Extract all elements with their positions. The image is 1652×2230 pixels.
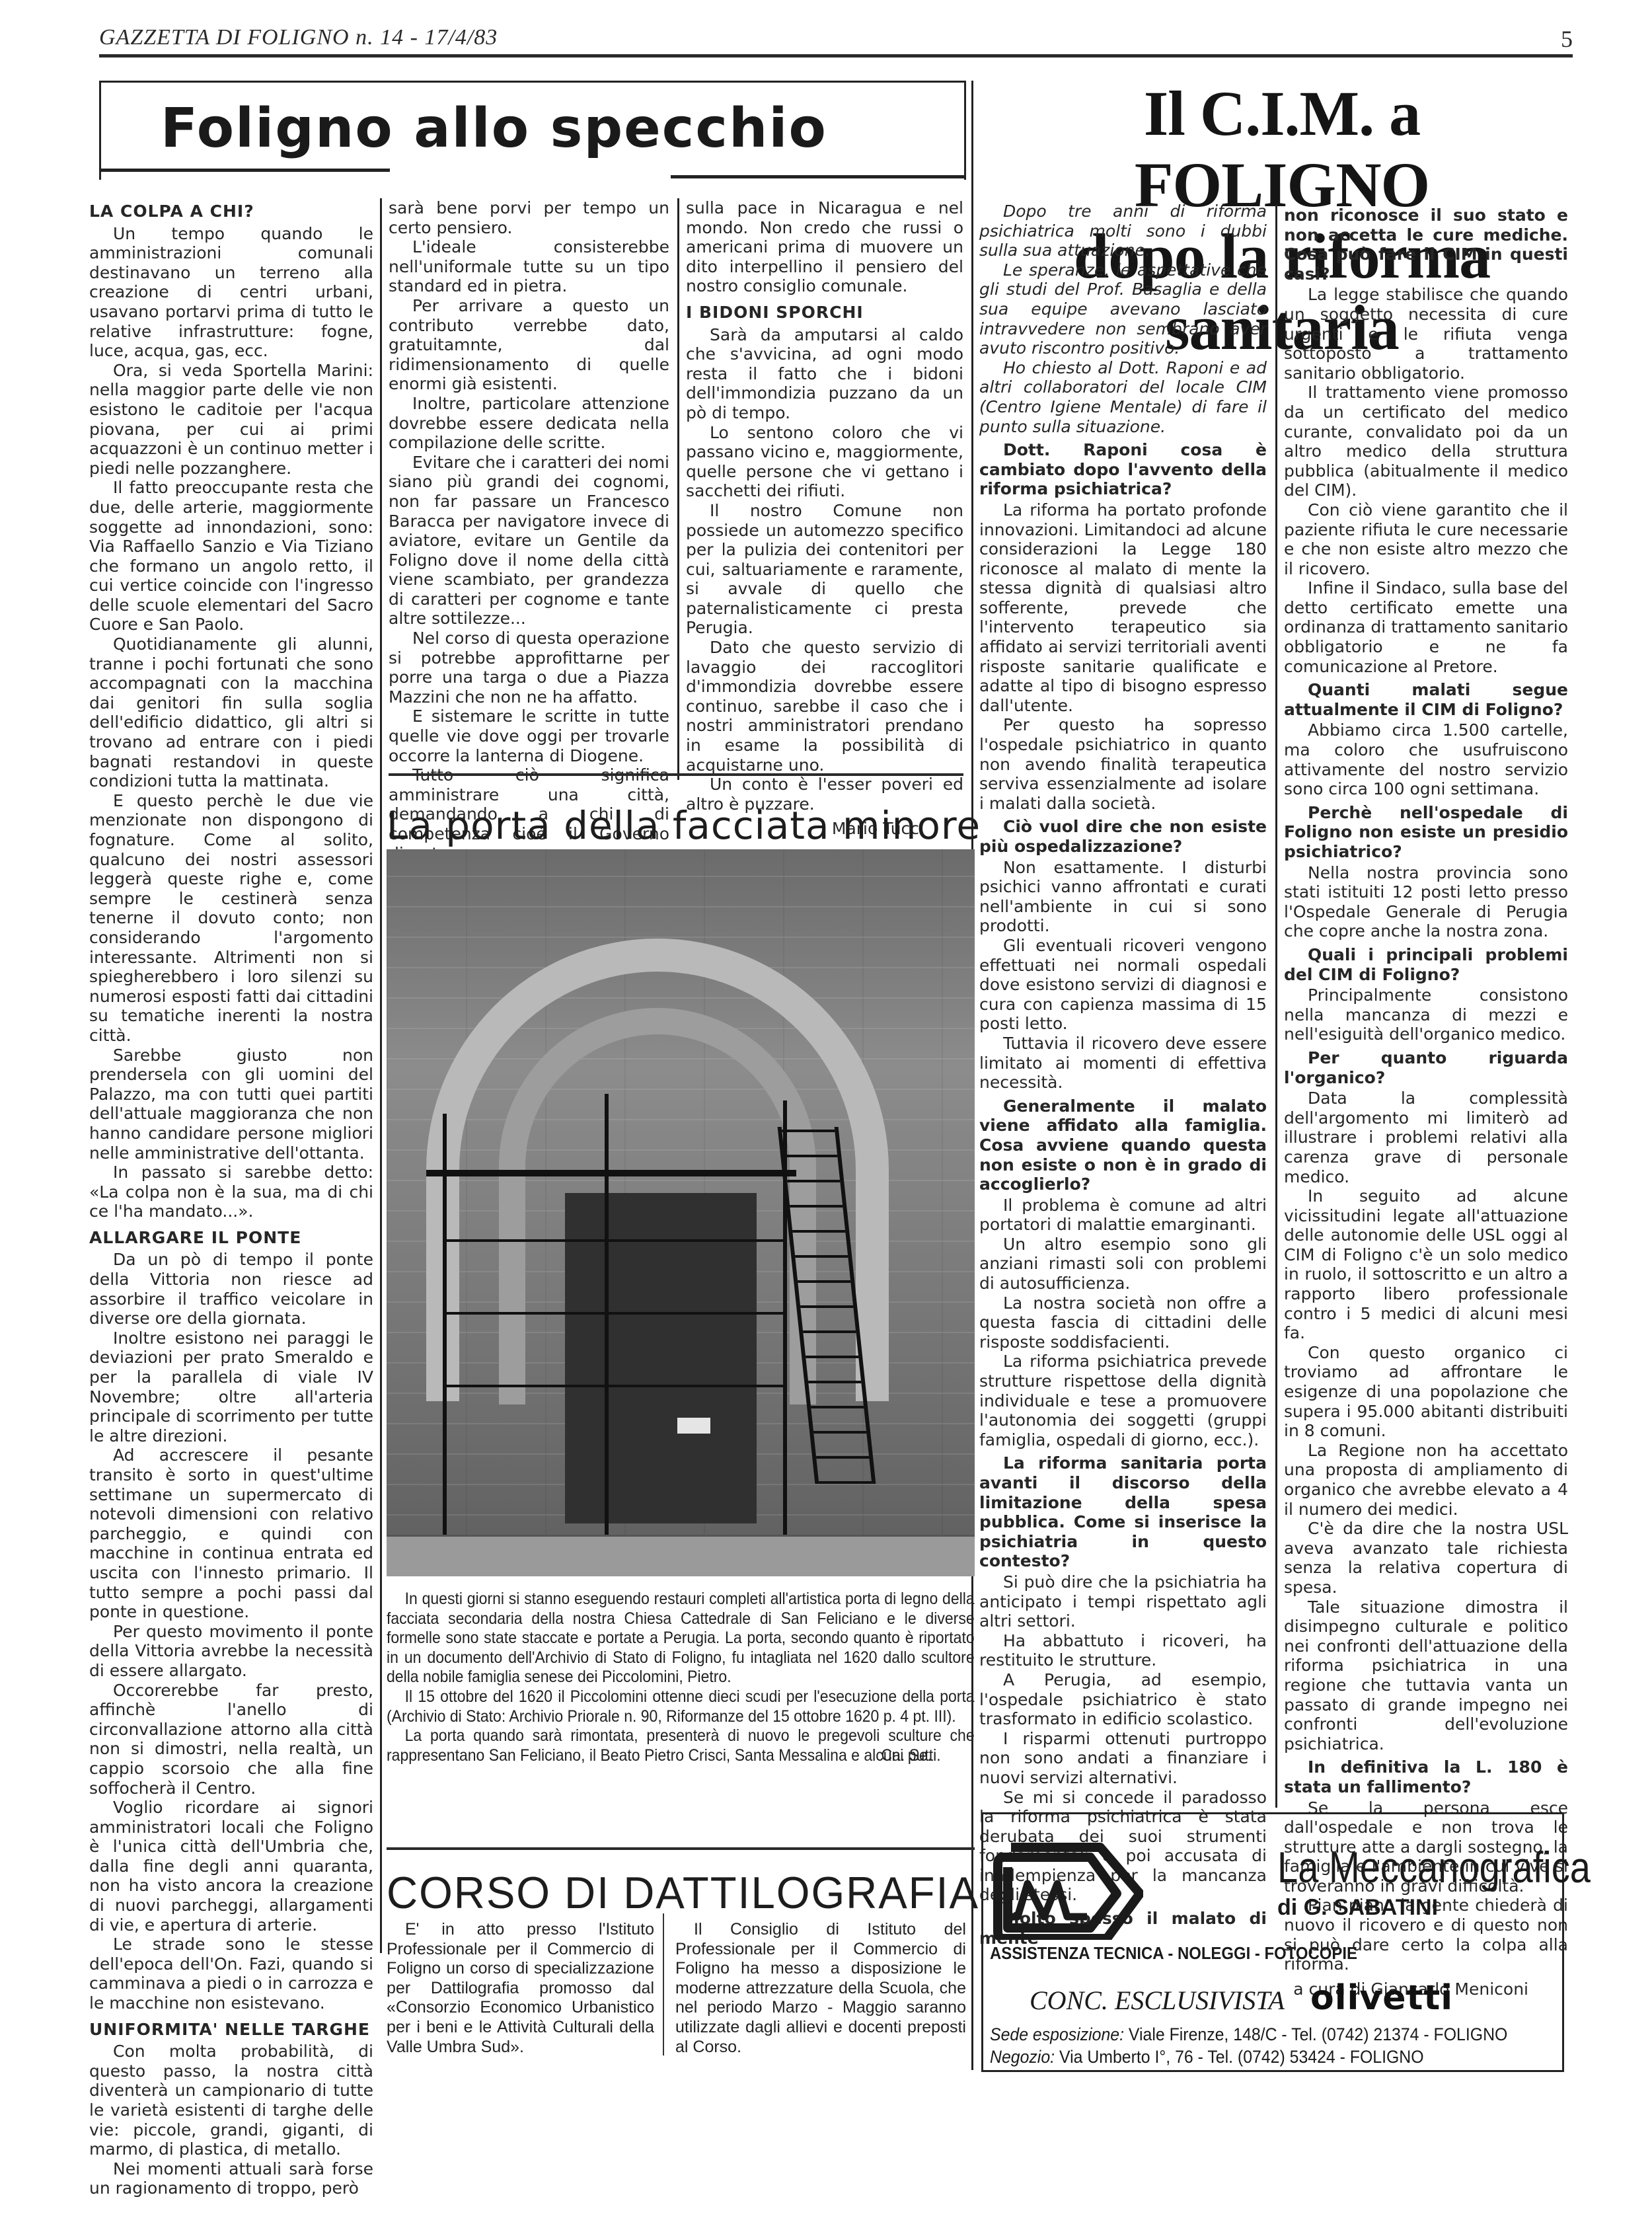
advertisement-meccanografica: La Meccanografica di G. SABATINI ASSISTE… — [981, 1812, 1564, 2072]
paragraph: Dato che questo servizio di lavaggio dei… — [686, 638, 963, 775]
cim-column-2: non riconosce il suo stato e non accetta… — [1284, 202, 1568, 1999]
interview-question: In definitiva la L. 180 è stata un falli… — [1284, 1757, 1568, 1796]
paragraph: Inoltre, particolare attenzione dovrebbe… — [389, 394, 669, 453]
paragraph: sulla pace in Nicaragua e nel mondo. Non… — [686, 198, 963, 296]
paragraph: Nella nostra provincia sono stati istitu… — [1284, 863, 1568, 941]
paragraph: Inoltre esistono nei paraggi le deviazio… — [89, 1328, 373, 1446]
interview-question: Quanti malati segue attualmente il CIM d… — [1284, 680, 1568, 719]
corso-paragraph: Il Consiglio di Istituto del Professiona… — [675, 1920, 966, 2057]
paragraph: Lo sentono coloro che vi passano vicino … — [686, 423, 963, 501]
scaffold-bar — [443, 1385, 786, 1387]
title-box-rule — [99, 169, 390, 172]
paragraph: Il trattamento viene promosso da un cert… — [1284, 383, 1568, 500]
header-rule — [99, 54, 1573, 58]
subheading: LA COLPA A CHI? — [89, 202, 373, 221]
paragraph: Da un pò di tempo il ponte della Vittori… — [89, 1250, 373, 1328]
section-rule — [389, 773, 963, 776]
paragraph: Tuttavia il ricovero deve essere limitat… — [979, 1034, 1267, 1093]
paragraph: Un tempo quando le amministrazioni comun… — [89, 224, 373, 361]
paragraph: Con molta probabilità, di questo passo, … — [89, 2042, 373, 2159]
paragraph: sarà bene porvi per tempo un certo pensi… — [389, 198, 669, 237]
advertiser-name: La Meccanografica — [1277, 1842, 1591, 1892]
paragraph: Con questo organico ci troviamo ad affro… — [1284, 1343, 1568, 1441]
paragraph: C'è da dire che la nostra USL aveva avan… — [1284, 1519, 1568, 1597]
address-text: Via Umberto I°, 76 - Tel. (0742) 53424 -… — [1059, 2047, 1424, 2067]
column-divider — [677, 198, 679, 780]
photo-article-title: La porta della facciata minore — [387, 803, 975, 848]
paragraph: Occorerebbe far presto, affinchè l'anell… — [89, 1681, 373, 1798]
meccanografica-logo-icon — [991, 1841, 1143, 1940]
corso-column-2: Il Consiglio di Istituto del Professiona… — [675, 1920, 966, 2057]
advertiser-services: ASSISTENZA TECNICA - NOLEGGI - FOTOCOPIE — [990, 1943, 1357, 1964]
paragraph: A Perugia, ad esempio, l'ospedale psichi… — [979, 1670, 1267, 1729]
scaffold-bar — [443, 1239, 786, 1242]
paragraph: Sarebbe giusto non prendersela con gli u… — [89, 1046, 373, 1163]
paragraph: Per questo ha sopresso l'ospedale psichi… — [979, 715, 1267, 813]
column-divider — [1275, 205, 1277, 1808]
section-title-box: Foligno allo specchio — [99, 81, 966, 180]
subheading: ALLARGARE IL PONTE — [89, 1228, 373, 1248]
paragraph: In seguito ad alcune vicissitudini legat… — [1284, 1186, 1568, 1343]
cim-title-line1: Il C.I.M. a FOLIGNO — [991, 78, 1573, 221]
paragraph: In passato si sarebbe detto: «La colpa n… — [89, 1163, 373, 1221]
interview-question: non riconosce il suo stato e non accetta… — [1284, 206, 1568, 284]
section-rule — [387, 1847, 975, 1850]
scaffold-pole — [605, 1094, 609, 1550]
title-box-rule — [671, 175, 966, 178]
corso-paragraph: E' in atto presso l'Istituto Professiona… — [387, 1920, 654, 2057]
caption-paragraph: Il 15 ottobre del 1620 il Piccolomini ot… — [387, 1687, 975, 1726]
paragraph: Principalmente consistono nella mancanza… — [1284, 985, 1568, 1044]
paragraph: Nei momenti attuali sarà forse un ragion… — [89, 2159, 373, 2198]
article-column-2: sarà bene porvi per tempo un certo pensi… — [389, 198, 669, 863]
advertiser-owner: di G. SABATINI — [1277, 1895, 1438, 1921]
paragraph: Quotidianamente gli alunni, tranne i poc… — [89, 634, 373, 791]
page-number: 5 — [1561, 25, 1573, 53]
paragraph: I risparmi ottenuti purtroppo non sono a… — [979, 1729, 1267, 1788]
paragraph: Ho chiesto al Dott. Raponi e ad altri co… — [979, 358, 1267, 436]
paragraph: Evitare che i caratteri dei nomi siano p… — [389, 453, 669, 629]
address-showroom: Sede esposizione: Viale Firenze, 148/C -… — [990, 2024, 1507, 2045]
interview-question: Perchè nell'ospedale di Foligno non esis… — [1284, 803, 1568, 862]
paragraph: Gli eventuali ricoveri vengono effettuat… — [979, 936, 1267, 1034]
scaffold-bar — [443, 1312, 786, 1315]
paragraph: L'ideale consisterebbe nell'uniformale t… — [389, 237, 669, 296]
paragraph: La nostra società non offre a questa fas… — [979, 1293, 1267, 1352]
paragraph: La Regione non ha accettato una proposta… — [1284, 1441, 1568, 1519]
paragraph: Sarà da amputarsi al caldo che s'avvicin… — [686, 325, 963, 423]
paragraph: Dopo tre anni di riforma psichiatrica mo… — [979, 202, 1267, 260]
paragraph: Nel corso di questa operazione si potreb… — [389, 629, 669, 707]
interview-question: Quali i principali problemi del CIM di F… — [1284, 945, 1568, 984]
column-divider — [663, 1913, 664, 2056]
paragraph: Il problema è comune ad altri portatori … — [979, 1196, 1267, 1235]
concession-label: CONC. ESCLUSIVISTA — [1030, 1985, 1285, 2016]
photo-caption: In questi giorni si stanno eseguendo res… — [387, 1590, 975, 1765]
interview-question: Dott. Raponi cosa è cambiato dopo l'avve… — [979, 440, 1267, 499]
publication-title: GAZZETTA DI FOLIGNO n. 14 - 17/4/83 — [99, 25, 498, 50]
cathedral-door-photo — [387, 849, 975, 1576]
paragraph: E sistemare le scritte in tutte quelle v… — [389, 707, 669, 765]
paragraph: Per arrivare a questo un contributo verr… — [389, 296, 669, 394]
paragraph: Le speranze, le aspettative che gli stud… — [979, 260, 1267, 358]
interview-question: Generalmente il malato viene affidato al… — [979, 1096, 1267, 1194]
paragraph: Ora, si veda Sportella Marini: nella mag… — [89, 361, 373, 479]
olivetti-brand: olivetti — [1310, 1978, 1453, 2018]
address-label: Negozio: — [990, 2047, 1055, 2067]
section-title: Foligno allo specchio — [161, 97, 827, 160]
paragraph: E questo perchè le due vie menzionate no… — [89, 791, 373, 1046]
caption-paragraph: In questi giorni si stanno eseguendo res… — [387, 1590, 975, 1687]
door-notice — [677, 1418, 710, 1434]
subheading: UNIFORMITA' NELLE TARGHE — [89, 2020, 373, 2040]
interview-question: Ciò vuol dire che non esiste più ospedal… — [979, 817, 1267, 856]
paragraph: Con ciò viene garantito che il paziente … — [1284, 500, 1568, 578]
corso-title: CORSO DI DATTILOGRAFIA — [387, 1867, 979, 1919]
interview-question: La riforma sanitaria porta avanti il dis… — [979, 1453, 1267, 1571]
scaffold-platform — [426, 1170, 796, 1176]
paragraph: Non esattamente. I disturbi psichici van… — [979, 858, 1267, 936]
paragraph: La riforma ha portato profonde innovazio… — [979, 500, 1267, 716]
interview-question: Per quanto riguarda l'organico? — [1284, 1048, 1568, 1087]
church-steps — [387, 1535, 975, 1576]
scaffold-pole — [443, 1114, 447, 1550]
paragraph: Tale situazione dimostra il disimpegno c… — [1284, 1597, 1568, 1754]
article-column-1: LA COLPA A CHI?Un tempo quando le ammini… — [89, 195, 373, 2198]
masthead: GAZZETTA DI FOLIGNO n. 14 - 17/4/83 5 — [99, 20, 1573, 53]
paragraph: Si può dire che la psichiatria ha antici… — [979, 1572, 1267, 1631]
paragraph: Ad accrescere il pesante transito è sort… — [89, 1445, 373, 1621]
column-divider — [380, 198, 382, 1953]
cim-column-1: Dopo tre anni di riforma psichiatrica mo… — [979, 202, 1267, 1949]
paragraph: La legge stabilisce che quando un sogget… — [1284, 285, 1568, 383]
paragraph: Data la complessità dell'argomento mi li… — [1284, 1089, 1568, 1186]
paragraph: Voglio ricordare ai signori amministrato… — [89, 1798, 373, 1935]
address-label: Sede esposizione: — [990, 2024, 1124, 2044]
paragraph: Il fatto preoccupante resta che due, del… — [89, 478, 373, 634]
article-column-3: sulla pace in Nicaragua e nel mondo. Non… — [686, 198, 963, 839]
corso-column-1: E' in atto presso l'Istituto Professiona… — [387, 1920, 654, 2057]
paragraph: Un altro esempio sono gli anziani rimast… — [979, 1235, 1267, 1293]
subheading: I BIDONI SPORCHI — [686, 303, 963, 323]
paragraph: La riforma psichiatrica prevede struttur… — [979, 1352, 1267, 1449]
doorway — [565, 1193, 757, 1523]
address-shop: Negozio: Via Umberto I°, 76 - Tel. (0742… — [990, 2047, 1424, 2067]
paragraph: Per questo movimento il ponte della Vitt… — [89, 1622, 373, 1681]
paragraph: Abbiamo circa 1.500 cartelle, ma coloro … — [1284, 720, 1568, 798]
paragraph: Il nostro Comune non possiede un automez… — [686, 501, 963, 638]
paragraph: Le strade sono le stesse dell'epoca dell… — [89, 1935, 373, 2013]
paragraph: Ha abbattuto i ricoveri, ha restituito l… — [979, 1631, 1267, 1670]
paragraph: Infine il Sindaco, sulla base del detto … — [1284, 578, 1568, 676]
address-text: Viale Firenze, 148/C - Tel. (0742) 21374… — [1129, 2024, 1507, 2044]
